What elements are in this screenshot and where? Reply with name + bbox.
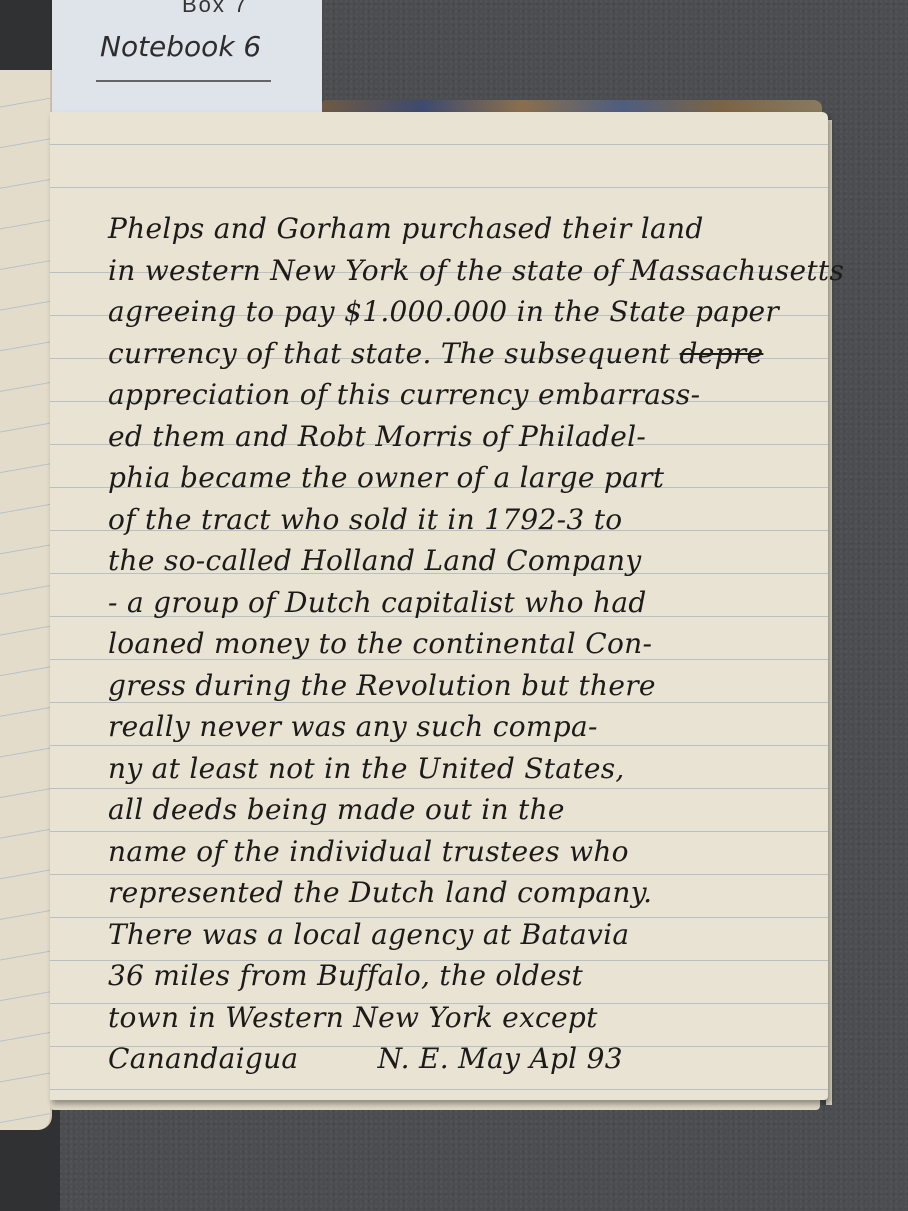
text-line: the so-called Holland Land Company — [108, 540, 838, 582]
text-line: name of the individual trustees who — [108, 831, 838, 873]
text-line: ed them and Robt Morris of Philadel- — [108, 416, 838, 458]
label-title: Notebook 6 — [100, 30, 261, 63]
text-line: in western New York of the state of Mass… — [108, 250, 838, 292]
text-line: currency of that state. The subsequent d… — [108, 333, 838, 375]
text-line: Canandaigua N. E. May Apl 93 — [108, 1038, 838, 1080]
text-line: 36 miles from Buffalo, the oldest — [108, 955, 838, 997]
text-segment: Canandaigua — [108, 1042, 298, 1075]
text-line: town in Western New York except — [108, 997, 838, 1039]
signature-date: N. E. May Apl 93 — [378, 1038, 623, 1080]
struck-word: depre — [680, 337, 764, 370]
text-line: of the tract who sold it in 1792-3 to — [108, 499, 838, 541]
label-underline — [96, 80, 271, 82]
text-line: gress during the Revolution but there — [108, 665, 838, 707]
text-line: all deeds being made out in the — [108, 789, 838, 831]
text-line: appreciation of this currency embarrass- — [108, 374, 838, 416]
text-segment: currency of that state. The subsequent — [108, 337, 670, 370]
text-line: represented the Dutch land company. — [108, 872, 838, 914]
text-line: really never was any such compa- — [108, 706, 838, 748]
left-facing-page — [0, 70, 52, 1130]
label-box-number: Box 7 — [182, 0, 248, 18]
archive-label-card: Box 7 Notebook 6 — [52, 0, 322, 116]
text-line: ny at least not in the United States, — [108, 748, 838, 790]
text-line: agreeing to pay $1.000.000 in the State … — [108, 291, 838, 333]
text-line: There was a local agency at Batavia — [108, 914, 838, 956]
text-line: - a group of Dutch capitalist who had — [108, 582, 838, 624]
text-line: phia became the owner of a large part — [108, 457, 838, 499]
handwritten-text: Phelps and Gorham purchased their land i… — [108, 208, 838, 1080]
text-line: loaned money to the continental Con- — [108, 623, 838, 665]
text-line: Phelps and Gorham purchased their land — [108, 208, 838, 250]
